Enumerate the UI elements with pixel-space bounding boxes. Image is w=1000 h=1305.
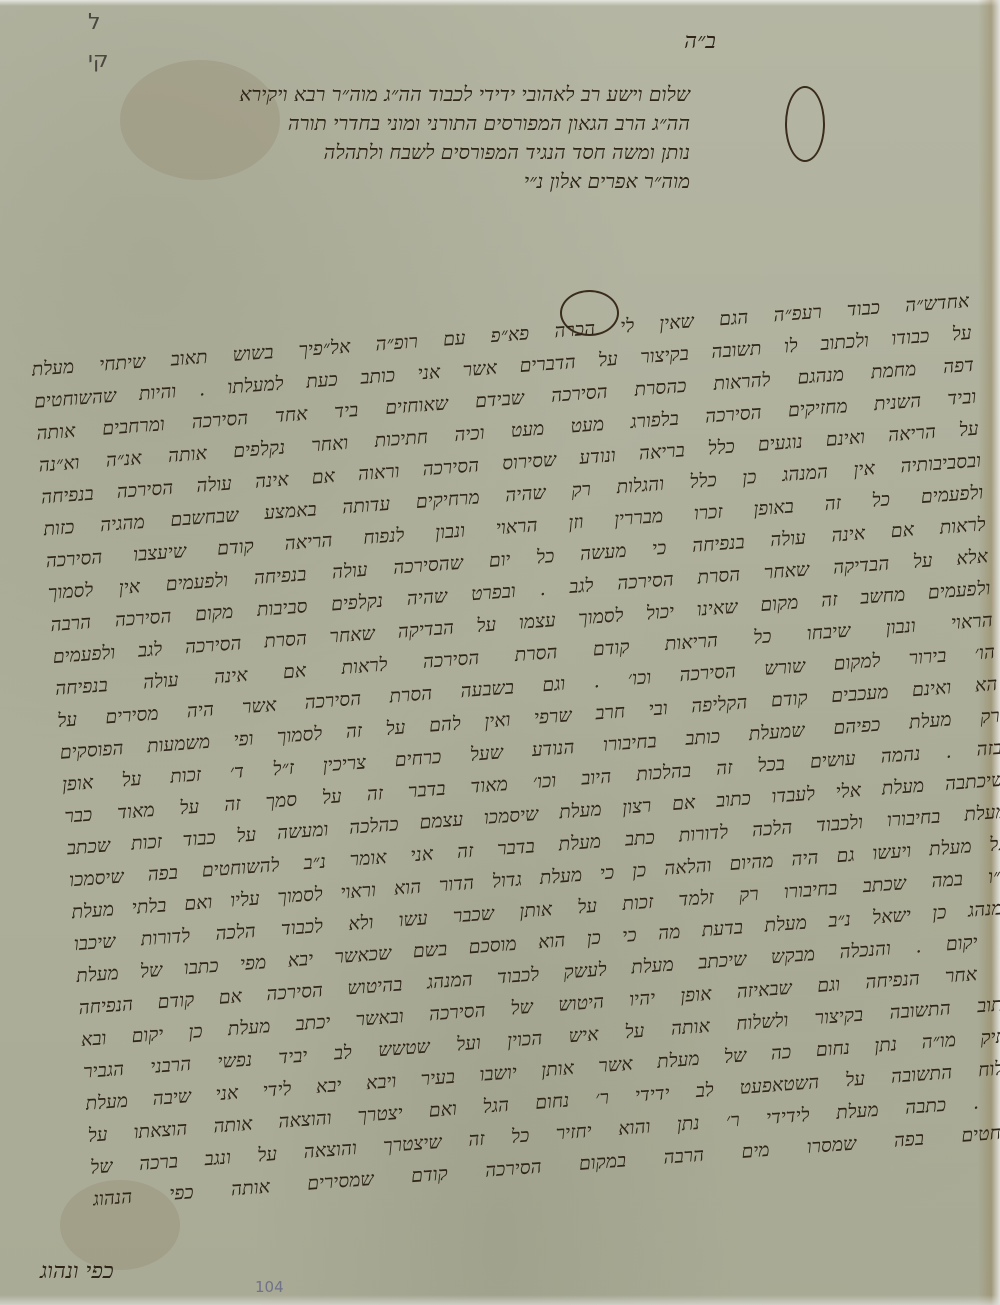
margin-folio-mark: קי	[88, 48, 109, 73]
signature: כפי ונהוג	[40, 1258, 114, 1284]
letter-heading: ב״ה	[660, 28, 740, 54]
margin-folio-mark: ל	[88, 10, 101, 35]
paper-stain	[120, 60, 280, 180]
paper-top-edge	[0, 0, 1000, 6]
address-line: מוה״ר אפרים אלון נ״י	[300, 167, 690, 196]
manuscript-page: ל קי ב״ה שלום וישע רב לאהובי ידידי לכבוד…	[0, 0, 1000, 1305]
address-line: הה״ג הרב הגאון המפורסים התורני ומוני בחד…	[300, 109, 690, 138]
address-block: שלום וישע רב לאהובי ידידי לכבוד הה״ג מוה…	[300, 80, 690, 196]
address-line: נותן ומשה חסד הנגיד המפורסים לשבח ולתהלה	[300, 138, 690, 167]
pencil-folio-number: 104	[255, 1278, 284, 1296]
letter-body: אחדש״ה כבוד רעפ״ה הגם שאין לי הכרה פא״פ …	[31, 285, 1000, 1216]
address-line: שלום וישע רב לאהובי ידידי לכבוד הה״ג מוה…	[300, 80, 690, 109]
shin-flourish-mark	[785, 86, 825, 162]
paper-bottom-edge	[0, 1295, 1000, 1305]
